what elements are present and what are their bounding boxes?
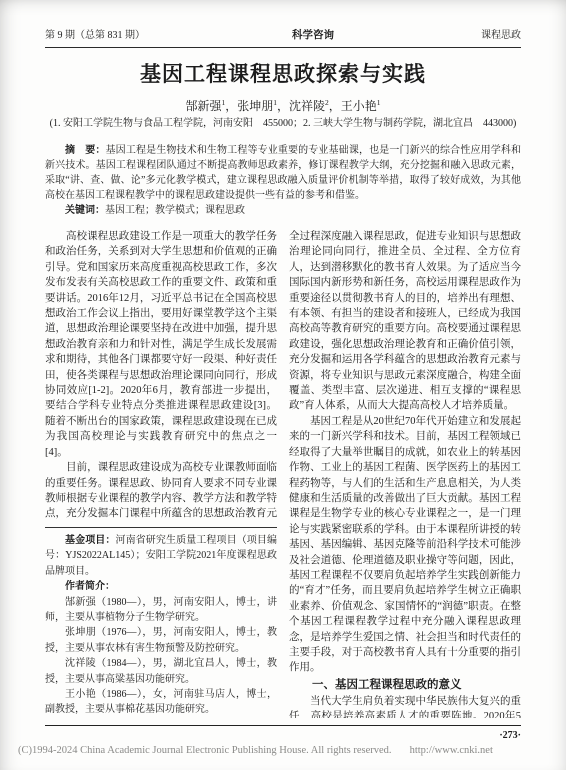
abstract-label: 摘 要：	[65, 145, 106, 156]
body-paragraph-5: 当代大学生肩负着实现中华民族伟大复兴的重任，高校是培养高素质人才的重要阵地。20…	[289, 694, 521, 718]
author-item: 张坤朋1，	[237, 99, 289, 113]
copyright-footer: (C)1994-2024 China Academic Journal Elec…	[18, 744, 548, 758]
author-item: 王小艳1	[341, 99, 381, 113]
author-separator: ，	[225, 99, 237, 113]
footnote-divider	[45, 527, 277, 528]
article-body: 高校课程思政建设工作是一项重大的教学任务和政治任务，关系到对大学生思想和价值观的…	[45, 229, 521, 718]
author-item: 郜新强1，	[185, 99, 237, 113]
abstract-block: 摘 要：基因工程是生物技术和生物工程等专业重要的专业基础课，也是一门新兴的综合性…	[45, 143, 521, 203]
bottom-divider	[45, 725, 521, 726]
copyright-text: (C)1994-2024 China Academic Journal Elec…	[18, 745, 392, 756]
fund-project-line: 基金项目：河南省研究生质量工程项目（项目编号：YJS2022AL145）；安阳工…	[45, 533, 277, 579]
author-bio-3: 沈祥陵（1984—），男，湖北宜昌人，博士，教授，主要从事高粱基因功能研究。	[45, 656, 277, 687]
cnki-url: http://www.cnki.net	[410, 745, 493, 756]
column-right: 全过程深度融入课程思政，促进专业知识与思想政治理论同向同行，推进全员、全过程、全…	[289, 229, 521, 718]
article-title: 基因工程课程思政探索与实践	[45, 61, 521, 88]
affiliation-line: (1. 安阳工学院生物与食品工程学院，河南安阳 455000；2. 三峡大学生物…	[45, 117, 521, 131]
author-item: 沈祥陵2，	[289, 99, 341, 113]
author-bio-1: 郜新强（1980—），男，河南安阳人，博士，讲师，主要从事植物分子生物学研究。	[45, 595, 277, 626]
author-name: 王小艳	[341, 99, 377, 113]
author-affil-mark: 1	[377, 98, 381, 107]
author-separator: ，	[277, 99, 289, 113]
author-line: 郜新强1，张坤朋1，沈祥陵2，王小艳1	[45, 95, 521, 114]
body-paragraph-2: 目前，课程思政建设成为高校专业课教师面临的重要任务。课程思政、协同育人要求不同专…	[45, 460, 277, 522]
author-bio-4: 王小艳（1986—），女，河南驻马店人，博士，副教授，主要从事棉花基因功能研究。	[45, 687, 277, 718]
author-separator: ，	[329, 99, 341, 113]
keywords-block: 关键词：基因工程；教学模式；课程思政	[45, 203, 521, 218]
author-name: 郜新强	[185, 99, 221, 113]
journal-page: 第 9 期（总第 831 期） 科学咨询 课程思政 基因工程课程思政探索与实践 …	[0, 0, 566, 770]
page-number: ·273·	[45, 729, 521, 743]
body-paragraph-1: 高校课程思政建设工作是一项重大的教学任务和政治任务，关系到对大学生思想和价值观的…	[45, 229, 277, 460]
author-name: 沈祥陵	[289, 99, 325, 113]
section-heading-1: 一、基因工程课程思政的意义	[289, 677, 521, 693]
fund-label: 基金项目：	[65, 535, 116, 546]
left-column-text: 高校课程思政建设工作是一项重大的教学任务和政治任务，关系到对大学生思想和价值观的…	[45, 229, 277, 522]
header-issue-label: 第 9 期（总第 831 期）	[45, 29, 145, 43]
author-bio-2: 张坤朋（1976—），男，河南安阳人，博士，教授，主要从事农林有害生物预警及防控…	[45, 625, 277, 656]
header-journal-name: 科学咨询	[292, 28, 334, 42]
footnote-block: 基金项目：河南省研究生质量工程项目（项目编号：YJS2022AL145）；安阳工…	[45, 533, 277, 718]
header-section-label: 课程思政	[481, 29, 521, 43]
author-name: 张坤朋	[237, 99, 273, 113]
bio-label: 作者简介：	[45, 579, 277, 594]
body-paragraph-3: 全过程深度融入课程思政，促进专业知识与思想政治理论同向同行，推进全员、全过程、全…	[289, 229, 521, 414]
header-divider	[45, 47, 521, 48]
keywords-text: 基因工程；教学模式；课程思政	[105, 205, 245, 216]
keywords-label: 关键词：	[65, 205, 105, 216]
body-paragraph-4: 基因工程是从20世纪70年代开始建立和发展起来的一门新兴学科和技术。目前，基因工…	[289, 414, 521, 676]
abstract-text: 基因工程是生物技术和生物工程等专业重要的专业基础课，也是一门新兴的综合性应用学科…	[45, 145, 521, 201]
page-header: 第 9 期（总第 831 期） 科学咨询 课程思政	[45, 28, 521, 43]
column-left: 高校课程思政建设工作是一项重大的教学任务和政治任务，关系到对大学生思想和价值观的…	[45, 229, 277, 718]
